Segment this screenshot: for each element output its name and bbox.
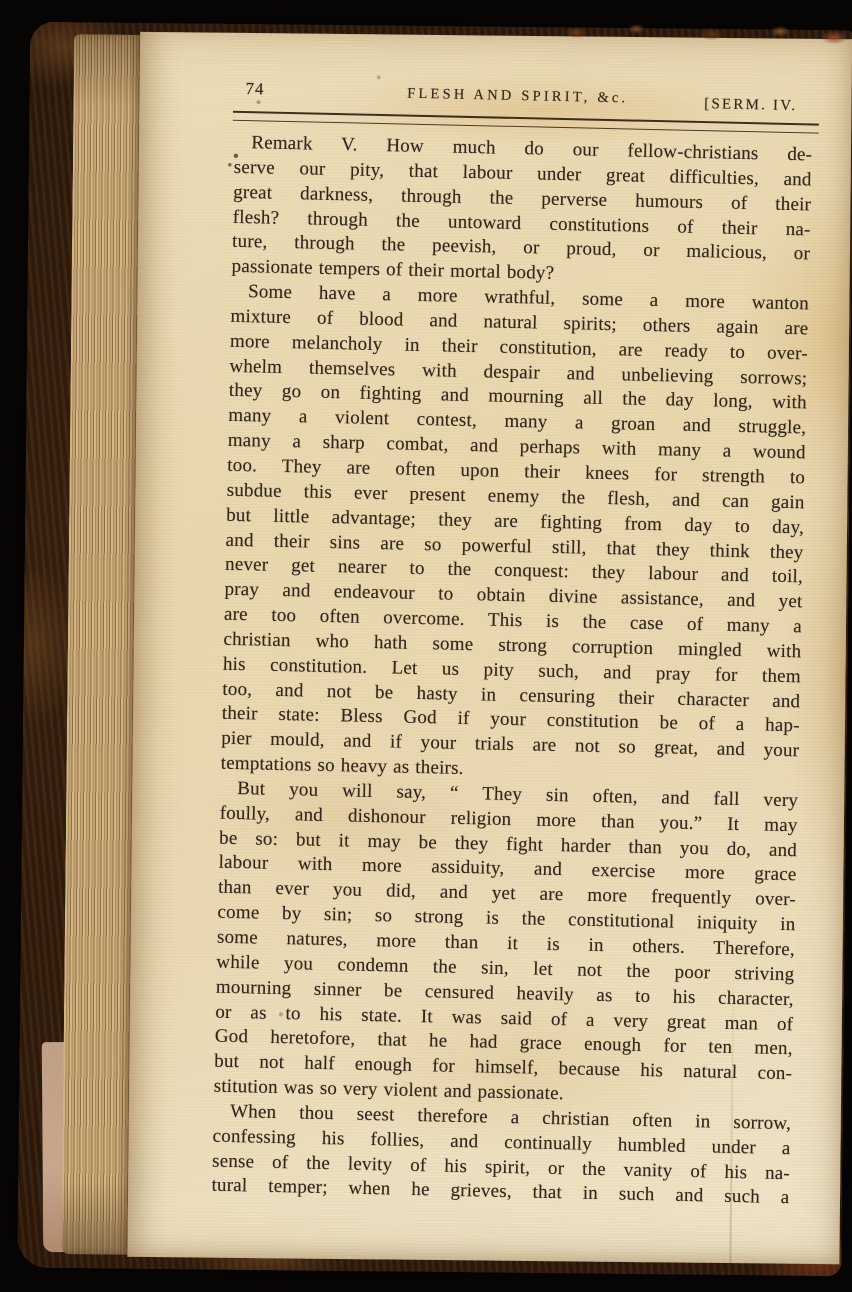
- page-number: 74: [245, 79, 264, 99]
- section-label: [SERM. IV.: [704, 96, 797, 115]
- book-page: 74 FLESH AND SPIRIT, &c. [SERM. IV. Rema…: [127, 32, 852, 1264]
- running-title: FLESH AND SPIRIT, &c.: [407, 86, 629, 108]
- text-block: Remark V. How much do our fellow-christi…: [211, 131, 812, 1212]
- page-content: 74 FLESH AND SPIRIT, &c. [SERM. IV. Rema…: [211, 77, 813, 1212]
- paragraph: Remark V. How much do our fellow-christi…: [231, 131, 812, 293]
- paragraph: When thou seest therefore a christian of…: [211, 1100, 791, 1212]
- book-cover: 74 FLESH AND SPIRIT, &c. [SERM. IV. Rema…: [17, 22, 852, 1277]
- paragraph: But you will say, “ They sin often, and …: [213, 777, 798, 1113]
- paragraph: Some have a more wrathful, some a more w…: [220, 280, 809, 789]
- foxing-specks: [140, 32, 142, 34]
